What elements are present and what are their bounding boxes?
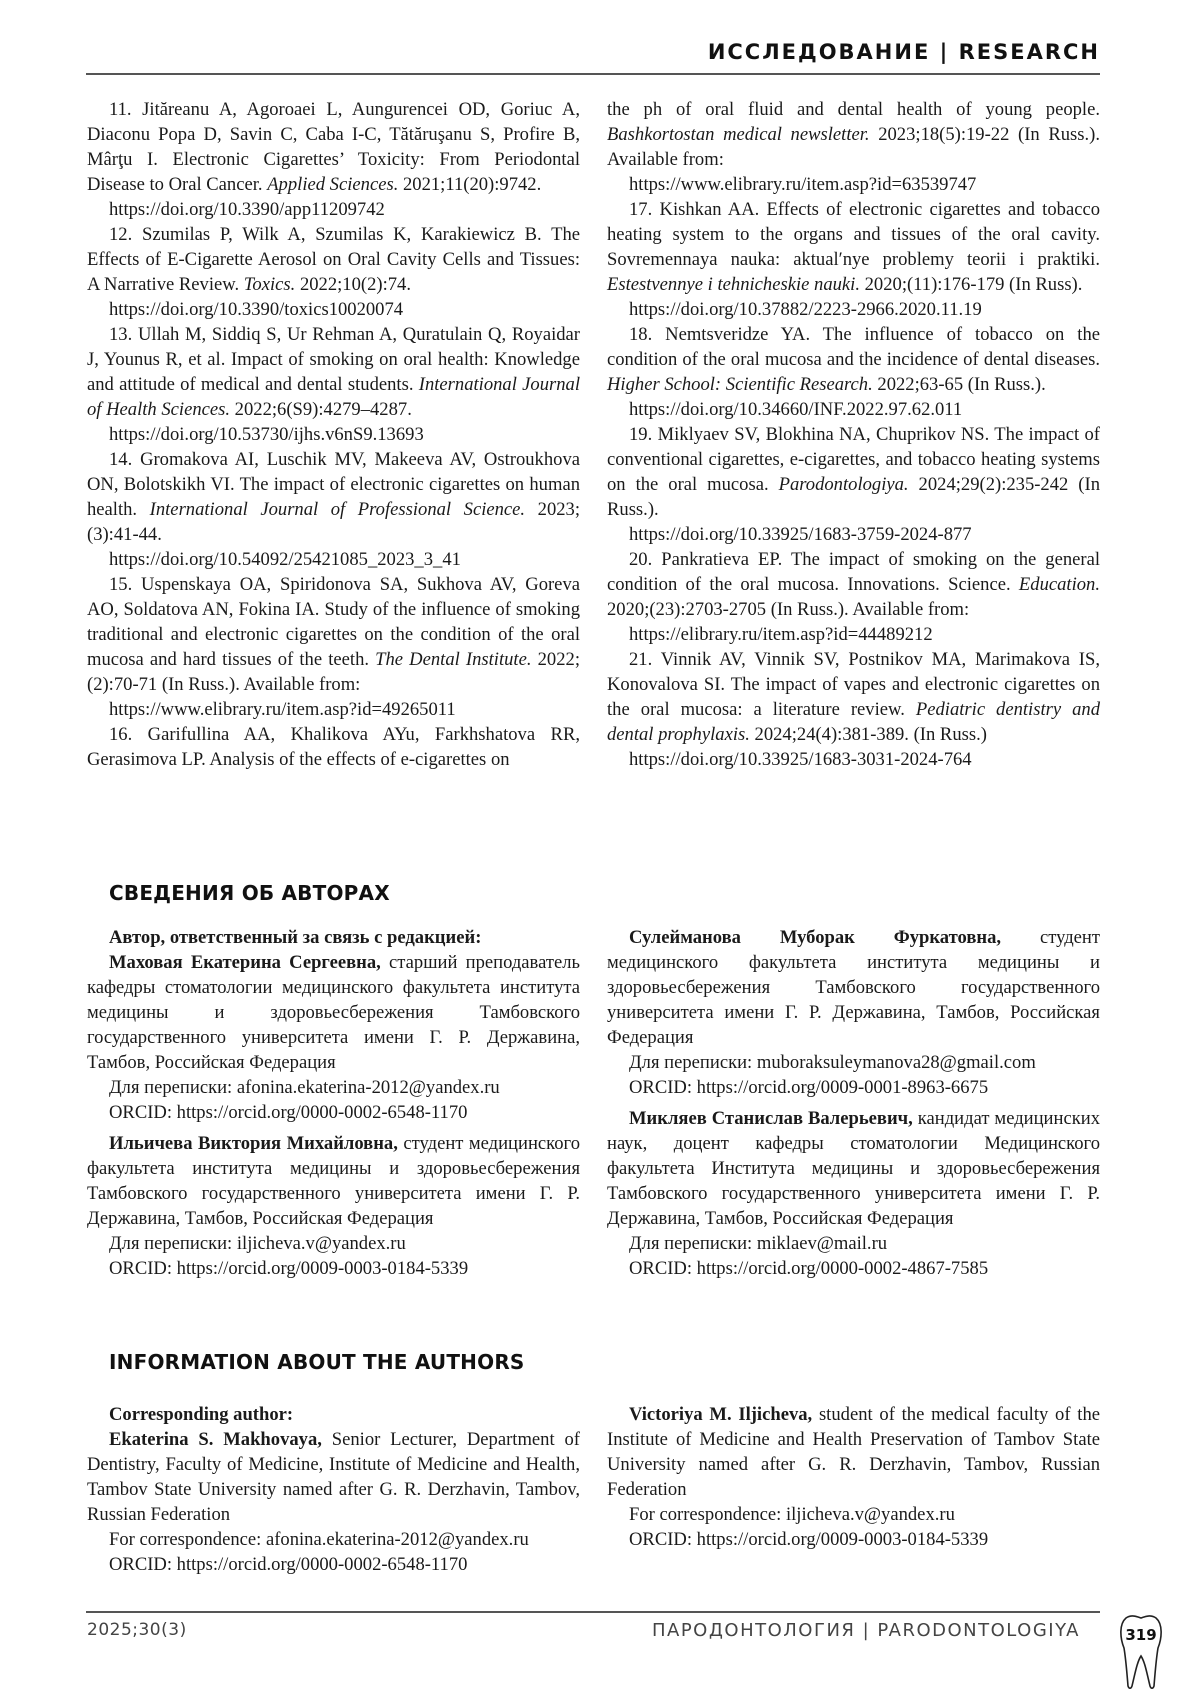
reference-item: 21. Vinnik AV, Vinnik SV, Postnikov MA, … bbox=[607, 647, 1100, 772]
reference-link[interactable]: https://elibrary.ru/item.asp?id=44489212 bbox=[607, 622, 1100, 647]
author-email[interactable]: For correspondence: afonina.ekaterina-20… bbox=[87, 1527, 580, 1552]
page-number: 319 bbox=[1118, 1626, 1164, 1644]
authors-ru-right-column: Сулейманова Муборак Фуркатовна, студент … bbox=[607, 925, 1100, 1281]
reference-item: 15. Uspenskaya OA, Spiridonova SA, Sukho… bbox=[87, 572, 580, 722]
author-entry: Ekaterina S. Makhovaya, Senior Lecturer,… bbox=[87, 1427, 580, 1577]
author-email[interactable]: Для переписки: muboraksuleymanova28@gmai… bbox=[607, 1050, 1100, 1075]
journal-title: Bashkortostan medical newsletter. bbox=[607, 124, 870, 145]
section-title-authors-en: INFORMATION ABOUT THE AUTHORS bbox=[109, 1350, 525, 1374]
references-right-column: the ph of oral fluid and dental health o… bbox=[607, 97, 1100, 772]
author-name: Сулейманова Муборак Фуркатовна, bbox=[629, 927, 1001, 948]
author-name: Ekaterina S. Makhovaya, bbox=[109, 1429, 322, 1450]
reference-link[interactable]: https://doi.org/10.34660/INF.2022.97.62.… bbox=[607, 397, 1100, 422]
author-orcid[interactable]: ORCID: https://orcid.org/0000-0002-6548-… bbox=[87, 1552, 580, 1577]
reference-item: 16. Garifullina AA, Khalikova AYu, Farkh… bbox=[87, 722, 580, 772]
reference-item: 11. Jităreanu A, Agoroaei L, Aungurencei… bbox=[87, 97, 580, 222]
journal-title: Parodontologiya. bbox=[779, 474, 909, 495]
reference-item: 14. Gromakova AI, Luschik MV, Makeeva AV… bbox=[87, 447, 580, 572]
author-entry: Маховая Екатерина Сергеевна, старший пре… bbox=[87, 950, 580, 1125]
author-orcid[interactable]: ORCID: https://orcid.org/0009-0003-0184-… bbox=[87, 1256, 580, 1281]
reference-item: 18. Nemtsveridze YA. The influence of to… bbox=[607, 322, 1100, 422]
author-name: Маховая Екатерина Сергеевна, bbox=[109, 952, 381, 973]
authors-ru-left-column: Автор, ответственный за связь с редакцие… bbox=[87, 925, 580, 1281]
author-name: Victoriya M. Iljicheva, bbox=[629, 1404, 812, 1425]
reference-link[interactable]: https://doi.org/10.33925/1683-3031-2024-… bbox=[607, 747, 1100, 772]
author-orcid[interactable]: ORCID: https://orcid.org/0009-0003-0184-… bbox=[607, 1527, 1100, 1552]
journal-title: Estestvennye i tehnicheskie nauki. bbox=[607, 274, 860, 295]
reference-link[interactable]: https://doi.org/10.53730/ijhs.v6nS9.1369… bbox=[87, 422, 580, 447]
author-name: Ильичева Виктория Михайловна, bbox=[109, 1133, 398, 1154]
section-title-authors-ru: СВЕДЕНИЯ ОБ АВТОРАХ bbox=[109, 881, 390, 905]
author-orcid[interactable]: ORCID: https://orcid.org/0000-0002-4867-… bbox=[607, 1256, 1100, 1281]
corresponding-label: Автор, ответственный за связь с редакцие… bbox=[87, 925, 580, 950]
authors-en-right-column: Victoriya M. Iljicheva, student of the m… bbox=[607, 1402, 1100, 1552]
reference-item: 12. Szumilas P, Wilk A, Szumilas K, Kara… bbox=[87, 222, 580, 322]
page-number-badge: 319 bbox=[1118, 1612, 1164, 1690]
journal-title: Higher School: Scientific Research. bbox=[607, 374, 873, 395]
author-name: Микляев Станислав Валерьевич, bbox=[629, 1108, 913, 1129]
footer-rule bbox=[86, 1611, 1100, 1613]
reference-link[interactable]: https://doi.org/10.37882/2223-2966.2020.… bbox=[607, 297, 1100, 322]
author-entry: Ильичева Виктория Михайловна, студент ме… bbox=[87, 1131, 580, 1281]
corresponding-label: Corresponding author: bbox=[87, 1402, 580, 1427]
journal-title: The Dental Institute. bbox=[375, 649, 531, 670]
reference-link[interactable]: https://www.elibrary.ru/item.asp?id=6353… bbox=[607, 172, 1100, 197]
reference-item: 19. Miklyaev SV, Blokhina NA, Chuprikov … bbox=[607, 422, 1100, 547]
reference-link[interactable]: https://doi.org/10.54092/25421085_2023_3… bbox=[87, 547, 580, 572]
author-email[interactable]: Для переписки: afonina.ekaterina-2012@ya… bbox=[87, 1075, 580, 1100]
journal-name: ПАРОДОНТОЛОГИЯ | PARODONTOLOGIYA bbox=[652, 1620, 1080, 1641]
tooth-icon bbox=[1118, 1612, 1164, 1690]
reference-link[interactable]: https://doi.org/10.3390/app11209742 bbox=[87, 197, 580, 222]
author-email[interactable]: For correspondence: iljicheva.v@yandex.r… bbox=[607, 1502, 1100, 1527]
references-left-column: 11. Jităreanu A, Agoroaei L, Aungurencei… bbox=[87, 97, 580, 772]
journal-title: International Journal of Professional Sc… bbox=[150, 499, 525, 520]
author-entry: Victoriya M. Iljicheva, student of the m… bbox=[607, 1402, 1100, 1552]
author-entry: Микляев Станислав Валерьевич, кандидат м… bbox=[607, 1106, 1100, 1281]
journal-title: Applied Sciences. bbox=[267, 174, 398, 195]
reference-link[interactable]: https://doi.org/10.33925/1683-3759-2024-… bbox=[607, 522, 1100, 547]
author-email[interactable]: Для переписки: iljicheva.v@yandex.ru bbox=[87, 1231, 580, 1256]
reference-link[interactable]: https://www.elibrary.ru/item.asp?id=4926… bbox=[87, 697, 580, 722]
author-entry: Сулейманова Муборак Фуркатовна, студент … bbox=[607, 925, 1100, 1100]
running-head: ИССЛЕДОВАНИЕ | RESEARCH bbox=[708, 40, 1100, 64]
author-email[interactable]: Для переписки: miklaev@mail.ru bbox=[607, 1231, 1100, 1256]
reference-item-continued: the ph of oral fluid and dental health o… bbox=[607, 97, 1100, 197]
reference-link[interactable]: https://doi.org/10.3390/toxics10020074 bbox=[87, 297, 580, 322]
journal-title: Toxics. bbox=[244, 274, 296, 295]
reference-item: 17. Kishkan AA. Effects of electronic ci… bbox=[607, 197, 1100, 322]
issue-info: 2025;30(3) bbox=[87, 1620, 187, 1640]
reference-item: 20. Pankratieva EP. The impact of smokin… bbox=[607, 547, 1100, 647]
authors-en-left-column: Corresponding author: Ekaterina S. Makho… bbox=[87, 1402, 580, 1577]
header-rule bbox=[86, 73, 1100, 75]
journal-title: Education. bbox=[1019, 574, 1100, 595]
author-orcid[interactable]: ORCID: https://orcid.org/0000-0002-6548-… bbox=[87, 1100, 580, 1125]
author-orcid[interactable]: ORCID: https://orcid.org/0009-0001-8963-… bbox=[607, 1075, 1100, 1100]
reference-item: 13. Ullah M, Siddiq S, Ur Rehman A, Qura… bbox=[87, 322, 580, 447]
